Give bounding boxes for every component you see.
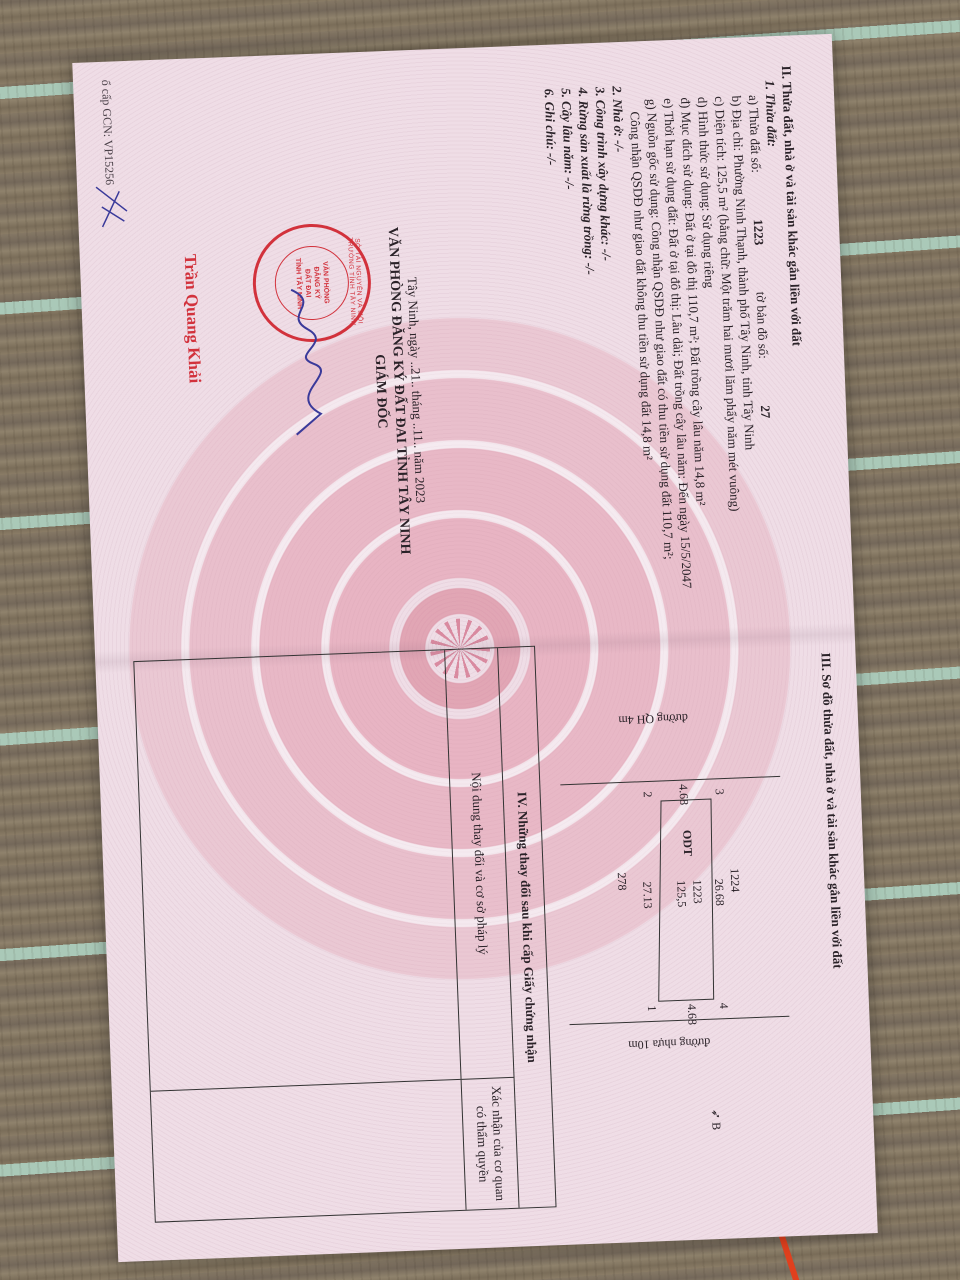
plot-parcel-number: 1223 <box>689 879 705 904</box>
road-left: đường QH 4m <box>618 709 688 727</box>
plot-area: 125,5 <box>673 879 689 907</box>
corner-3: 3 <box>712 788 727 795</box>
section-3-heading: III. Sơ đồ thửa đất, nhà ở và tài sản kh… <box>817 652 845 969</box>
north-label: B <box>709 1121 723 1130</box>
certificate-photo: II. Thửa đất, nhà ở và tài sản khác gắn … <box>62 20 888 1274</box>
authority-column-header: Xác nhận của cơ quan có thẩm quyền <box>462 1077 519 1209</box>
section-4-body <box>134 650 465 1221</box>
edge-top: 26.68 <box>711 878 727 906</box>
handwritten-signature <box>271 283 337 445</box>
initials-mark <box>91 180 133 231</box>
map-sheet-label: tờ bản đồ số: <box>754 291 772 359</box>
road-right: đường nhựa 10m <box>628 1034 711 1052</box>
corner-2: 2 <box>640 791 655 798</box>
corner-1: 1 <box>644 1005 659 1012</box>
edge-right: 4.68 <box>684 1003 700 1025</box>
changes-cell <box>134 650 460 1092</box>
edge-left: 4.68 <box>675 783 691 805</box>
land-use-certificate-page: II. Thửa đất, nhà ở và tài sản khác gắn … <box>72 33 878 1261</box>
stamp-ring-text: SỞ TÀI NGUYÊN VÀ MÔI TRƯỜNG TỈNH TÂY NIN… <box>346 225 364 337</box>
section-2: II. Thửa đất, nhà ở và tài sản khác gắn … <box>540 65 816 634</box>
corner-4: 4 <box>716 1002 731 1009</box>
adjacent-parcel-bottom: 278 <box>614 872 630 891</box>
gcn-number: ổ cấp GCN: VP15256 <box>98 79 117 185</box>
signature-block: Tây Ninh, ngày ..21.. tháng ..11.. năm 2… <box>363 179 433 601</box>
north-arrow: ➶ B <box>708 1108 724 1130</box>
land-type: ODT <box>679 829 695 856</box>
parcel-number: 1223 <box>751 218 767 245</box>
page-left: II. Thửa đất, nhà ở và tài sản khác gắn … <box>72 33 854 662</box>
map-sheet-number: 27 <box>758 405 773 419</box>
adjacent-parcel-top: 1224 <box>727 867 743 892</box>
parcel-diagram: 1224 26.68 ODT 1223 125,5 27.13 278 4.68… <box>546 675 812 1104</box>
edge-bottom: 27.13 <box>639 881 655 909</box>
north-arrow-icon: ➶ <box>709 1108 723 1119</box>
parcel-label: a) Thửa đất số: <box>746 94 764 172</box>
page-right: III. Sơ đồ thửa đất, nhà ở và tài sản kh… <box>95 633 877 1262</box>
signer-name: Trần Quang Khải <box>178 218 206 419</box>
section-4-table: IV. Những thay đổi sau khi cấp Giấy chứn… <box>133 645 556 1222</box>
authority-cell <box>151 1079 466 1221</box>
